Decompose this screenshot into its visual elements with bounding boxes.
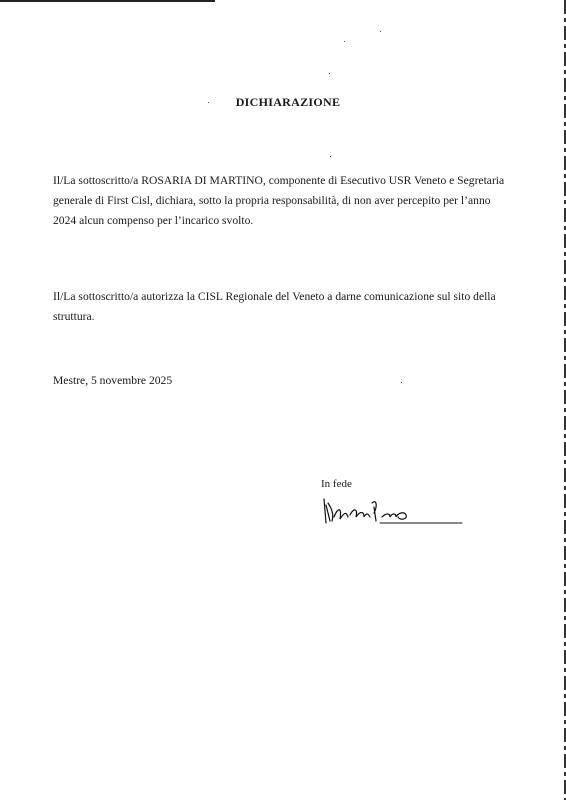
scan-speck	[344, 41, 345, 42]
scan-speck	[380, 31, 381, 32]
scan-speck	[401, 382, 402, 383]
top-scan-rule	[0, 0, 215, 2]
document-title: DICHIARAZIONE	[0, 95, 566, 110]
scan-speck	[329, 73, 330, 74]
scan-speck	[330, 156, 331, 157]
authorization-paragraph: Il/La sottoscritto/a autorizza la CISL R…	[53, 287, 513, 327]
signature-icon	[320, 495, 465, 527]
closing-text: In fede	[321, 478, 352, 490]
declaration-paragraph: Il/La sottoscritto/a ROSARIA DI MARTINO,…	[53, 171, 513, 231]
place-date: Mestre, 5 novembre 2025	[53, 374, 172, 387]
